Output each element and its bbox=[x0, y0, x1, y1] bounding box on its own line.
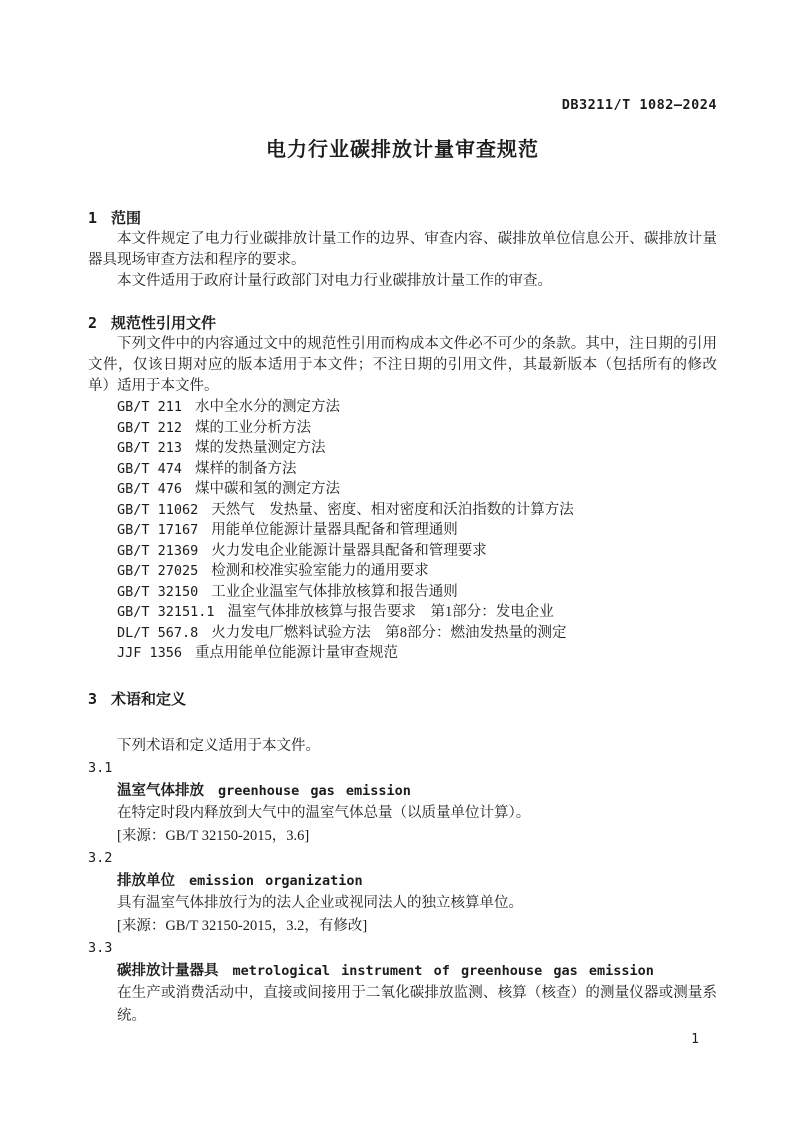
reference-title: 煤的发热量测定方法 bbox=[195, 440, 326, 456]
reference-item: GB/T 474煤样的制备方法 bbox=[117, 459, 717, 480]
terms-intro: 下列术语和定义适用于本文件。 bbox=[88, 735, 717, 758]
term-definition: 在生产或消费活动中，直接或间接用于二氧化碳排放监测、核算（核查）的测量仪器或测量… bbox=[88, 982, 717, 1027]
reference-code: GB/T 27025 bbox=[117, 563, 198, 579]
reference-code: GB/T 21369 bbox=[117, 543, 198, 559]
reference-item: GB/T 27025检测和校准实验室能力的通用要求 bbox=[117, 561, 717, 582]
reference-title: 检测和校准实验室能力的通用要求 bbox=[211, 563, 429, 579]
reference-title: 重点用能单位能源计量审查规范 bbox=[195, 645, 398, 661]
section-1-title: 范围 bbox=[111, 210, 141, 227]
section-1-heading: 1范围 bbox=[88, 208, 717, 229]
section-1-number: 1 bbox=[88, 209, 97, 227]
reference-code: GB/T 211 bbox=[117, 399, 182, 415]
scope-paragraph-1: 本文件规定了电力行业碳排放计量工作的边界、审查内容、碳排放单位信息公开、碳排放计… bbox=[88, 229, 717, 271]
reference-title: 温室气体排放核算与报告要求 第1部分：发电企业 bbox=[228, 604, 554, 620]
term-number: 3.1 bbox=[88, 757, 717, 780]
normative-references-list: GB/T 211水中全水分的测定方法 GB/T 212煤的工业分析方法 GB/T… bbox=[88, 397, 717, 664]
reference-item: JJF 1356重点用能单位能源计量审查规范 bbox=[117, 643, 717, 664]
term-name-zh: 温室气体排放 bbox=[117, 783, 204, 799]
section-3-title: 术语和定义 bbox=[111, 691, 186, 708]
reference-item: GB/T 11062天然气 发热量、密度、相对密度和沃泊指数的计算方法 bbox=[117, 500, 717, 521]
reference-item: GB/T 211水中全水分的测定方法 bbox=[117, 397, 717, 418]
document-content: DB3211/T 1082—2024 电力行业碳排放计量审查规范 1范围 本文件… bbox=[0, 97, 794, 1027]
reference-code: GB/T 11062 bbox=[117, 502, 198, 518]
document-page: DB3211/T 1082—2024 电力行业碳排放计量审查规范 1范围 本文件… bbox=[0, 0, 794, 1123]
reference-item: GB/T 32150工业企业温室气体排放核算和报告通则 bbox=[117, 582, 717, 603]
reference-item: GB/T 213煤的发热量测定方法 bbox=[117, 438, 717, 459]
reference-code: GB/T 476 bbox=[117, 481, 182, 497]
reference-title: 煤的工业分析方法 bbox=[195, 420, 311, 436]
terms-and-definitions: 下列术语和定义适用于本文件。 3.1 温室气体排放greenhouse gas … bbox=[88, 735, 717, 1028]
term-number: 3.2 bbox=[88, 847, 717, 870]
reference-code: GB/T 32150 bbox=[117, 584, 198, 600]
term-source: [来源：GB/T 32150-2015，3.2，有修改] bbox=[88, 915, 717, 938]
document-title: 电力行业碳排放计量审查规范 bbox=[88, 136, 717, 164]
reference-code: GB/T 32151.1 bbox=[117, 604, 215, 620]
term-definition: 在特定时段内释放到大气中的温室气体总量（以质量单位计算）。 bbox=[88, 802, 717, 825]
section-3-number: 3 bbox=[88, 690, 97, 708]
section-2-heading: 2规范性引用文件 bbox=[88, 313, 717, 334]
reference-title: 用能单位能源计量器具配备和管理通则 bbox=[211, 522, 458, 538]
reference-title: 火力发电厂燃料试验方法 第8部分：燃油发热量的测定 bbox=[211, 625, 566, 641]
term-source: [来源：GB/T 32150-2015，3.6] bbox=[88, 825, 717, 848]
term-definition: 具有温室气体排放行为的法人企业或视同法人的独立核算单位。 bbox=[88, 892, 717, 915]
standard-number: DB3211/T 1082—2024 bbox=[88, 97, 717, 113]
section-2-number: 2 bbox=[88, 314, 97, 332]
scope-paragraph-2: 本文件适用于政府计量行政部门对电力行业碳排放计量工作的审查。 bbox=[88, 271, 717, 292]
reference-code: GB/T 212 bbox=[117, 420, 182, 436]
term-block-3-2: 3.2 排放单位emission organization 具有温室气体排放行为… bbox=[88, 847, 717, 937]
page-number: 1 bbox=[691, 1032, 699, 1047]
reference-item: GB/T 17167用能单位能源计量器具配备和管理通则 bbox=[117, 520, 717, 541]
reference-item: GB/T 32151.1温室气体排放核算与报告要求 第1部分：发电企业 bbox=[117, 602, 717, 623]
reference-title: 火力发电企业能源计量器具配备和管理要求 bbox=[211, 543, 487, 559]
reference-title: 煤中碳和氢的测定方法 bbox=[195, 481, 340, 497]
reference-code: DL/T 567.8 bbox=[117, 625, 198, 641]
reference-title: 天然气 发热量、密度、相对密度和沃泊指数的计算方法 bbox=[211, 502, 574, 518]
term-name-line: 碳排放计量器具metrological instrument of greenh… bbox=[88, 960, 717, 983]
term-block-3-1: 3.1 温室气体排放greenhouse gas emission 在特定时段内… bbox=[88, 757, 717, 847]
reference-item: GB/T 212煤的工业分析方法 bbox=[117, 418, 717, 439]
term-name-en: greenhouse gas emission bbox=[218, 783, 411, 799]
reference-item: GB/T 476煤中碳和氢的测定方法 bbox=[117, 479, 717, 500]
reference-code: GB/T 17167 bbox=[117, 522, 198, 538]
term-name-line: 温室气体排放greenhouse gas emission bbox=[88, 780, 717, 803]
reference-item: GB/T 21369火力发电企业能源计量器具配备和管理要求 bbox=[117, 541, 717, 562]
term-name-en: metrological instrument of greenhouse ga… bbox=[233, 963, 654, 979]
term-name-line: 排放单位emission organization bbox=[88, 870, 717, 893]
references-intro: 下列文件中的内容通过文中的规范性引用而构成本文件必不可少的条款。其中，注日期的引… bbox=[88, 334, 717, 397]
reference-code: JJF 1356 bbox=[117, 645, 182, 661]
term-name-zh: 碳排放计量器具 bbox=[117, 963, 219, 979]
section-2-title: 规范性引用文件 bbox=[111, 315, 216, 332]
reference-item: DL/T 567.8火力发电厂燃料试验方法 第8部分：燃油发热量的测定 bbox=[117, 623, 717, 644]
reference-title: 工业企业温室气体排放核算和报告通则 bbox=[211, 584, 458, 600]
term-name-zh: 排放单位 bbox=[117, 873, 175, 889]
reference-title: 水中全水分的测定方法 bbox=[195, 399, 340, 415]
term-number: 3.3 bbox=[88, 937, 717, 960]
section-3-heading: 3术语和定义 bbox=[88, 689, 717, 710]
reference-code: GB/T 474 bbox=[117, 461, 182, 477]
reference-code: GB/T 213 bbox=[117, 440, 182, 456]
reference-title: 煤样的制备方法 bbox=[195, 461, 297, 477]
term-name-en: emission organization bbox=[189, 873, 363, 889]
term-block-3-3: 3.3 碳排放计量器具metrological instrument of gr… bbox=[88, 937, 717, 1027]
